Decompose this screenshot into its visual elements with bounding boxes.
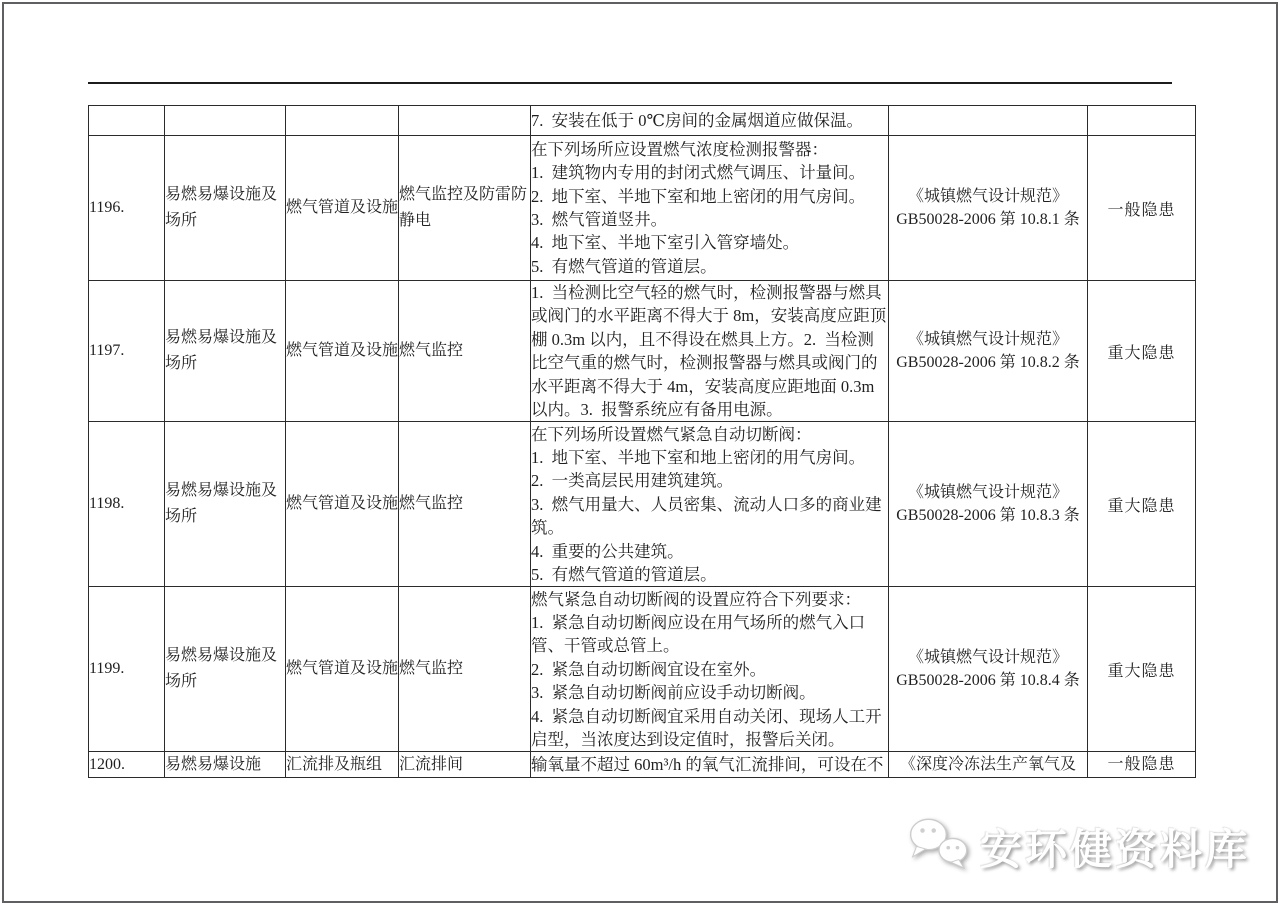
cell-category <box>165 106 286 136</box>
text-line: 筑。 <box>531 516 888 539</box>
cell-subcategory <box>286 106 399 136</box>
text-line: 4. 重要的公共建筑。 <box>531 540 888 563</box>
cell-reference: 《城镇燃气设计规范》GB50028-2006 第 10.8.1 条 <box>889 136 1088 281</box>
text-line: 1. 当检测比空气轻的燃气时，检测报警器与燃具 <box>531 281 888 304</box>
cell-reference: 《城镇燃气设计规范》GB50028-2006 第 10.8.4 条 <box>889 587 1088 752</box>
cell-reference: 《深度冷冻法生产氧气及 <box>889 752 1088 778</box>
text-line: 《城镇燃气设计规范》 <box>889 646 1087 670</box>
cell-number: 1200. <box>89 752 165 778</box>
cell-item: 燃气监控及防雷防静电 <box>399 136 531 281</box>
cell-number <box>89 106 165 136</box>
table-row: 1198.易燃易爆设施及场所燃气管道及设施燃气监控在下列场所设置燃气紧急自动切断… <box>89 422 1196 587</box>
text-line: 棚 0.3m 以内，且不得设在燃具上方。2. 当检测 <box>531 328 888 351</box>
text-line: 1. 紧急自动切断阀应设在用气场所的燃气入口 <box>531 611 888 634</box>
cell-subcategory: 燃气管道及设施 <box>286 281 399 422</box>
text-line: 4. 紧急自动切断阀宜采用自动关闭、现场人工开 <box>531 705 888 728</box>
cell-category: 易燃易爆设施及场所 <box>165 136 286 281</box>
text-line: 以内。3. 报警系统应有备用电源。 <box>531 398 888 421</box>
text-line: 《深度冷冻法生产氧气及 <box>889 754 1087 776</box>
text-line: 启型，当浓度达到设定值时，报警后关闭。 <box>531 728 888 751</box>
cell-item: 汇流排间 <box>399 752 531 778</box>
cell-subcategory: 汇流排及瓶组 <box>286 752 399 778</box>
text-line: 燃气紧急自动切断阀的设置应符合下列要求： <box>531 588 888 611</box>
text-line: 水平距离不得大于 4m，安装高度应距地面 0.3m <box>531 375 888 398</box>
text-line: 管、干管或总管上。 <box>531 634 888 657</box>
text-line: 5. 有燃气管道的管道层。 <box>531 563 888 586</box>
text-line: 5. 有燃气管道的管道层。 <box>531 255 888 278</box>
table-row: 1196.易燃易爆设施及场所燃气管道及设施燃气监控及防雷防静电在下列场所应设置燃… <box>89 136 1196 281</box>
wechat-chat-bubbles-icon <box>906 816 972 878</box>
cell-number: 1199. <box>89 587 165 752</box>
cell-severity: 重大隐患 <box>1088 587 1196 752</box>
text-line: 7. 安装在低于 0℃房间的金属烟道应做保温。 <box>531 109 888 132</box>
text-line: 在下列场所设置燃气紧急自动切断阀： <box>531 423 888 446</box>
text-line: 2. 紧急自动切断阀宜设在室外。 <box>531 658 888 681</box>
cell-category: 易燃易爆设施及场所 <box>165 587 286 752</box>
cell-severity <box>1088 106 1196 136</box>
text-line: 《城镇燃气设计规范》 <box>889 185 1087 209</box>
table-row: 1200.易燃易爆设施汇流排及瓶组汇流排间输氧量不超过 60m³/h 的氧气汇流… <box>89 752 1196 778</box>
cell-number: 1198. <box>89 422 165 587</box>
cell-category: 易燃易爆设施 <box>165 752 286 778</box>
cell-severity: 重大隐患 <box>1088 422 1196 587</box>
text-line: 2. 一类高层民用建筑建筑。 <box>531 469 888 492</box>
text-line: 1. 地下室、半地下室和地上密闭的用气房间。 <box>531 446 888 469</box>
header-rule <box>88 82 1172 84</box>
text-line: 2. 地下室、半地下室和地上密闭的用气房间。 <box>531 185 888 208</box>
table-row: 1199.易燃易爆设施及场所燃气管道及设施燃气监控燃气紧急自动切断阀的设置应符合… <box>89 587 1196 752</box>
cell-severity: 一般隐患 <box>1088 752 1196 778</box>
cell-description: 1. 当检测比空气轻的燃气时，检测报警器与燃具或阀门的水平距离不得大于 8m，安… <box>531 281 889 422</box>
text-line: GB50028-2006 第 10.8.2 条 <box>889 351 1087 375</box>
text-line: 比空气重的燃气时，检测报警器与燃具或阀门的 <box>531 351 888 374</box>
cell-description: 7. 安装在低于 0℃房间的金属烟道应做保温。 <box>531 106 889 136</box>
cell-item: 燃气监控 <box>399 281 531 422</box>
text-line: 输氧量不超过 60m³/h 的氧气汇流排间，可设在不 <box>531 754 888 776</box>
text-line: 《城镇燃气设计规范》 <box>889 481 1087 505</box>
cell-description: 燃气紧急自动切断阀的设置应符合下列要求：1. 紧急自动切断阀应设在用气场所的燃气… <box>531 587 889 752</box>
watermark: 安环健资料库 <box>906 816 1250 878</box>
watermark-label: 安环健资料库 <box>980 817 1250 877</box>
cell-number: 1196. <box>89 136 165 281</box>
text-line: 3. 紧急自动切断阀前应设手动切断阀。 <box>531 681 888 704</box>
cell-subcategory: 燃气管道及设施 <box>286 587 399 752</box>
cell-number: 1197. <box>89 281 165 422</box>
table-row: 7. 安装在低于 0℃房间的金属烟道应做保温。 <box>89 106 1196 136</box>
text-line: GB50028-2006 第 10.8.1 条 <box>889 208 1087 232</box>
table-row: 1197.易燃易爆设施及场所燃气管道及设施燃气监控1. 当检测比空气轻的燃气时，… <box>89 281 1196 422</box>
cell-subcategory: 燃气管道及设施 <box>286 422 399 587</box>
hazard-table: 7. 安装在低于 0℃房间的金属烟道应做保温。1196.易燃易爆设施及场所燃气管… <box>88 105 1196 778</box>
text-line: 《城镇燃气设计规范》 <box>889 328 1087 352</box>
text-line: 3. 燃气管道竖井。 <box>531 208 888 231</box>
cell-description: 在下列场所应设置燃气浓度检测报警器：1. 建筑物内专用的封闭式燃气调压、计量间。… <box>531 136 889 281</box>
cell-reference: 《城镇燃气设计规范》GB50028-2006 第 10.8.3 条 <box>889 422 1088 587</box>
cell-description: 在下列场所设置燃气紧急自动切断阀：1. 地下室、半地下室和地上密闭的用气房间。2… <box>531 422 889 587</box>
cell-category: 易燃易爆设施及场所 <box>165 422 286 587</box>
cell-item <box>399 106 531 136</box>
table-body: 7. 安装在低于 0℃房间的金属烟道应做保温。1196.易燃易爆设施及场所燃气管… <box>89 106 1196 778</box>
cell-description: 输氧量不超过 60m³/h 的氧气汇流排间，可设在不 <box>531 752 889 778</box>
text-line: 或阀门的水平距离不得大于 8m，安装高度应距顶 <box>531 304 888 327</box>
document-page: 7. 安装在低于 0℃房间的金属烟道应做保温。1196.易燃易爆设施及场所燃气管… <box>0 0 1280 905</box>
cell-severity: 重大隐患 <box>1088 281 1196 422</box>
cell-subcategory: 燃气管道及设施 <box>286 136 399 281</box>
cell-reference <box>889 106 1088 136</box>
text-line: 4. 地下室、半地下室引入管穿墙处。 <box>531 231 888 254</box>
cell-reference: 《城镇燃气设计规范》GB50028-2006 第 10.8.2 条 <box>889 281 1088 422</box>
text-line: GB50028-2006 第 10.8.4 条 <box>889 669 1087 693</box>
cell-item: 燃气监控 <box>399 587 531 752</box>
text-line: 1. 建筑物内专用的封闭式燃气调压、计量间。 <box>531 161 888 184</box>
text-line: GB50028-2006 第 10.8.3 条 <box>889 504 1087 528</box>
cell-category: 易燃易爆设施及场所 <box>165 281 286 422</box>
cell-item: 燃气监控 <box>399 422 531 587</box>
text-line: 在下列场所应设置燃气浓度检测报警器： <box>531 138 888 161</box>
cell-severity: 一般隐患 <box>1088 136 1196 281</box>
text-line: 3. 燃气用量大、人员密集、流动人口多的商业建 <box>531 493 888 516</box>
